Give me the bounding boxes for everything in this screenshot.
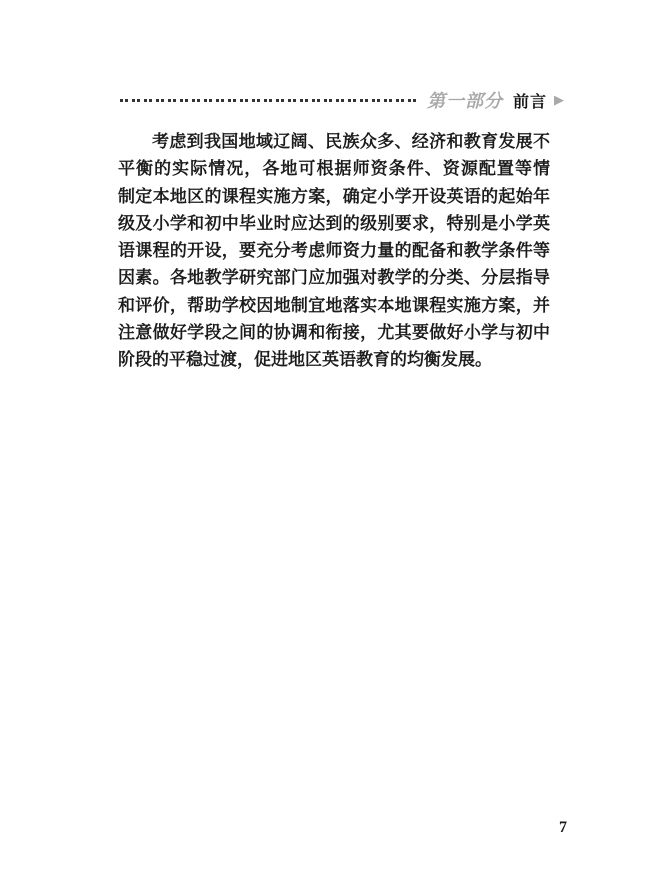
paragraph-line: 注意做好学段之间的协调和衔接，尤其要做好小学与初中 (118, 319, 550, 346)
part-label: 第一部分 (427, 87, 503, 113)
paragraph-line: 和评价，帮助学校因地制宜地落实本地课程实施方案，并 (118, 292, 550, 319)
paragraph-line: 阶段的平稳过渡，促进地区英语教育的均衡发展。 (118, 346, 550, 373)
page-header: 第一部分 前言 ▶ (120, 89, 564, 111)
paragraph-line: 因素。各地教学研究部门应加强对教学的分类、分层指导 (118, 264, 550, 291)
paragraph-line: 考虑到我国地域辽阔、民族众多、经济和教育发展不 (118, 128, 550, 155)
paragraph-line: 制定本地区的课程实施方案，确定小学开设英语的起始年 (118, 183, 550, 210)
paragraph-line: 语课程的开设，要充分考虑师资力量的配备和教学条件等 (118, 237, 550, 264)
paragraph-line: 平衡的实际情况，各地可根据师资条件、资源配置等情况， (118, 155, 550, 182)
arrow-right-icon: ▶ (554, 94, 564, 107)
section-label: 前言 (513, 89, 547, 112)
book-page: 第一部分 前言 ▶ 考虑到我国地域辽阔、民族众多、经济和教育发展不 平衡的实际情… (0, 0, 668, 891)
paragraph: 考虑到我国地域辽阔、民族众多、经济和教育发展不 平衡的实际情况，各地可根据师资条… (118, 128, 550, 374)
header-dotted-rule (120, 99, 419, 102)
paragraph-line: 级及小学和初中毕业时应达到的级别要求，特别是小学英 (118, 210, 550, 237)
page-number: 7 (559, 819, 567, 837)
